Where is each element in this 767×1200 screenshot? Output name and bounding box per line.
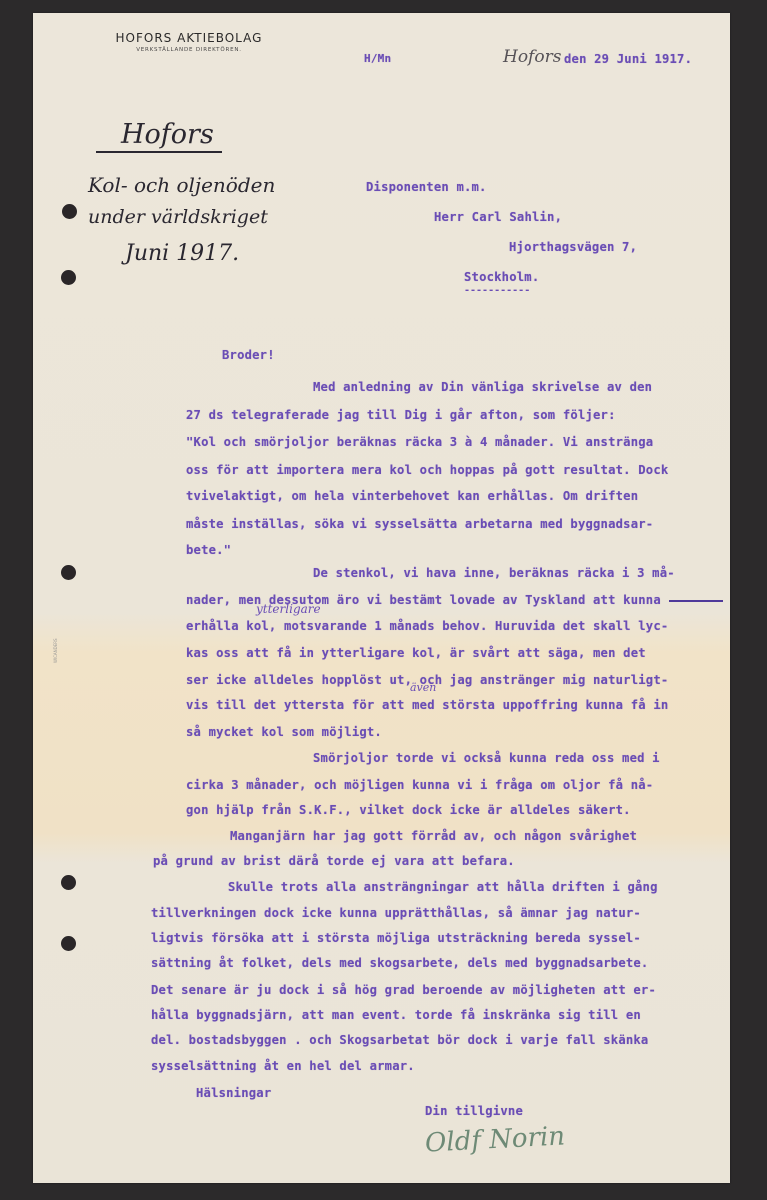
handwritten-insert: ytterligare xyxy=(256,602,321,616)
letter-date: den 29 Juni 1917. xyxy=(564,52,692,66)
recipient-city: Stockholm. xyxy=(464,270,539,284)
handwritten-line-2: under världskriget xyxy=(88,206,268,228)
sign-off: Din tillgivne xyxy=(425,1104,523,1118)
body-line: på grund av brist därå torde ej vara att… xyxy=(153,854,515,868)
city-underline: ----------- xyxy=(464,285,530,296)
body-line: hålla byggnadsjärn, att man event. torde… xyxy=(151,1008,641,1022)
punch-hole xyxy=(61,270,76,285)
signature: Oldf Norin xyxy=(424,1121,565,1158)
body-line: "Kol och smörjoljor beräknas räcka 3 à 4… xyxy=(186,435,653,449)
punch-hole xyxy=(62,204,77,219)
body-line: gon hjälp från S.K.F., vilket dock icke … xyxy=(186,803,631,817)
recipient-name: Herr Carl Sahlin, xyxy=(434,210,562,224)
body-line: tillverkningen dock icke kunna upprätthå… xyxy=(151,906,641,920)
body-line: 27 ds telegraferade jag till Dig i går a… xyxy=(186,408,616,422)
closing: Hälsningar xyxy=(196,1086,271,1100)
handwritten-line-3: Juni 1917. xyxy=(125,241,239,266)
handwritten-line-1: Kol- och oljenöden xyxy=(88,173,275,197)
body-line: vis till det yttersta för att med störst… xyxy=(186,698,668,712)
punch-hole xyxy=(61,565,76,580)
body-line: så mycket kol som möjligt. xyxy=(186,725,382,739)
body-line: tvivelaktigt, om hela vinterbehovet kan … xyxy=(186,489,638,503)
margin-stamp: WICANDERS xyxy=(53,638,58,663)
body-line: måste inställas, söka vi sysselsätta arb… xyxy=(186,517,653,531)
letterhead: HOFORS AKTIEBOLAG VERKSTÄLLANDE DIREKTÖR… xyxy=(89,31,289,53)
company-name: HOFORS AKTIEBOLAG xyxy=(89,31,289,45)
strikethrough xyxy=(669,600,723,602)
place-name: Hofors xyxy=(503,47,561,67)
recipient-title: Disponenten m.m. xyxy=(366,180,487,194)
body-line: Med anledning av Din vänliga skrivelse a… xyxy=(313,380,652,394)
body-line: del. bostadsbyggen . och Skogsarbetat bö… xyxy=(151,1033,648,1047)
letter-page: WICANDERS HOFORS AKTIEBOLAG VERKSTÄLLAND… xyxy=(33,13,730,1183)
body-line: oss för att importera mera kol och hoppa… xyxy=(186,463,668,477)
body-line: kas oss att få in ytterligare kol, är sv… xyxy=(186,646,646,660)
punch-hole xyxy=(61,936,76,951)
body-line: Det senare är ju dock i så hög grad bero… xyxy=(151,983,656,997)
company-subtitle: VERKSTÄLLANDE DIREKTÖREN. xyxy=(89,47,289,53)
body-line: sysselsättning åt en hel del armar. xyxy=(151,1059,415,1073)
body-line: sättning åt folket, dels med skogsarbete… xyxy=(151,956,648,970)
body-line: Manganjärn har jag gott förråd av, och n… xyxy=(230,829,637,843)
body-line: erhålla kol, motsvarande 1 månads behov.… xyxy=(186,619,668,633)
body-line: bete." xyxy=(186,543,231,557)
recipient-street: Hjorthagsvägen 7, xyxy=(509,240,637,254)
body-line: cirka 3 månader, och möjligen kunna vi i… xyxy=(186,778,653,792)
reference-code: H/Mn xyxy=(364,52,391,65)
body-line: Smörjoljor torde vi också kunna reda oss… xyxy=(313,751,660,765)
handwritten-title: Hofors xyxy=(121,119,214,150)
body-line: Skulle trots alla ansträngningar att hål… xyxy=(228,880,658,894)
handwritten-underline xyxy=(96,151,222,153)
salutation: Broder! xyxy=(222,348,275,362)
body-line: ligtvis försöka att i största möjliga ut… xyxy=(151,931,641,945)
body-line: De stenkol, vi hava inne, beräknas räcka… xyxy=(313,566,675,580)
handwritten-insert: även xyxy=(410,681,436,694)
punch-hole xyxy=(61,875,76,890)
